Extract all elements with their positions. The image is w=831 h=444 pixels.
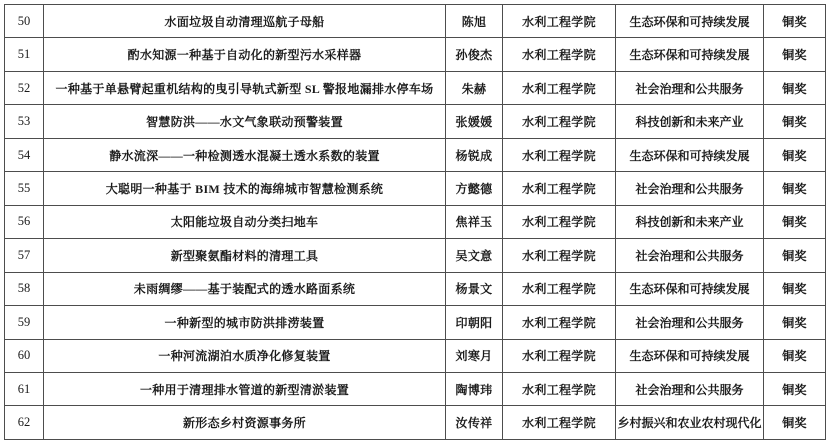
- serial-number-cell: 55: [5, 172, 44, 205]
- applicant-name-cell: 朱赫: [446, 71, 503, 104]
- college-cell: 水利工程学院: [503, 306, 616, 339]
- serial-number-cell: 60: [5, 339, 44, 372]
- award-cell: 铜奖: [764, 306, 826, 339]
- category-cell: 社会治理和公共服务: [616, 172, 764, 205]
- category-cell: 生态环保和可持续发展: [616, 339, 764, 372]
- serial-number-cell: 51: [5, 38, 44, 71]
- college-cell: 水利工程学院: [503, 272, 616, 305]
- category-cell: 社会治理和公共服务: [616, 372, 764, 405]
- serial-number-cell: 50: [5, 5, 44, 38]
- award-cell: 铜奖: [764, 105, 826, 138]
- applicant-name-cell: 吴文意: [446, 239, 503, 272]
- serial-number-cell: 62: [5, 406, 44, 440]
- project-name-cell: 智慧防洪——水文气象联动预警装置: [44, 105, 446, 138]
- table-row: 55大聪明一种基于 BIM 技术的海绵城市智慧检测系统方懿德水利工程学院社会治理…: [5, 172, 826, 205]
- project-name-cell: 大聪明一种基于 BIM 技术的海绵城市智慧检测系统: [44, 172, 446, 205]
- project-name-cell: 一种河流湖泊水质净化修复装置: [44, 339, 446, 372]
- table-row: 50水面垃圾自动清理巡航子母船陈旭水利工程学院生态环保和可持续发展铜奖: [5, 5, 826, 38]
- table-row: 60一种河流湖泊水质净化修复装置刘寒月水利工程学院生态环保和可持续发展铜奖: [5, 339, 826, 372]
- award-cell: 铜奖: [764, 339, 826, 372]
- award-cell: 铜奖: [764, 406, 826, 440]
- table-row: 51酌水知源一种基于自动化的新型污水采样器孙俊杰水利工程学院生态环保和可持续发展…: [5, 38, 826, 71]
- project-name-cell: 酌水知源一种基于自动化的新型污水采样器: [44, 38, 446, 71]
- category-cell: 社会治理和公共服务: [616, 71, 764, 104]
- project-name-cell: 新形态乡村资源事务所: [44, 406, 446, 440]
- applicant-name-cell: 陶博玮: [446, 372, 503, 405]
- applicant-name-cell: 孙俊杰: [446, 38, 503, 71]
- award-results-table: 50水面垃圾自动清理巡航子母船陈旭水利工程学院生态环保和可持续发展铜奖51酌水知…: [4, 4, 826, 440]
- project-name-cell: 一种新型的城市防洪排涝装置: [44, 306, 446, 339]
- serial-number-cell: 54: [5, 138, 44, 171]
- project-name-cell: 太阳能垃圾自动分类扫地车: [44, 205, 446, 238]
- award-cell: 铜奖: [764, 38, 826, 71]
- project-name-cell: 新型聚氨酯材料的清理工具: [44, 239, 446, 272]
- award-cell: 铜奖: [764, 172, 826, 205]
- applicant-name-cell: 方懿德: [446, 172, 503, 205]
- award-cell: 铜奖: [764, 71, 826, 104]
- table-row: 58未雨绸缪——基于装配式的透水路面系统杨景文水利工程学院生态环保和可持续发展铜…: [5, 272, 826, 305]
- college-cell: 水利工程学院: [503, 38, 616, 71]
- applicant-name-cell: 刘寒月: [446, 339, 503, 372]
- applicant-name-cell: 焦祥玉: [446, 205, 503, 238]
- table-row: 52一种基于单悬臂起重机结构的曳引导轨式新型 SL 警报地漏排水停车场朱赫水利工…: [5, 71, 826, 104]
- college-cell: 水利工程学院: [503, 339, 616, 372]
- serial-number-cell: 57: [5, 239, 44, 272]
- award-cell: 铜奖: [764, 205, 826, 238]
- project-name-cell: 一种用于清理排水管道的新型清淤装置: [44, 372, 446, 405]
- award-cell: 铜奖: [764, 272, 826, 305]
- category-cell: 生态环保和可持续发展: [616, 38, 764, 71]
- award-cell: 铜奖: [764, 372, 826, 405]
- college-cell: 水利工程学院: [503, 5, 616, 38]
- serial-number-cell: 59: [5, 306, 44, 339]
- college-cell: 水利工程学院: [503, 205, 616, 238]
- serial-number-cell: 61: [5, 372, 44, 405]
- table-body: 50水面垃圾自动清理巡航子母船陈旭水利工程学院生态环保和可持续发展铜奖51酌水知…: [5, 5, 826, 440]
- serial-number-cell: 52: [5, 71, 44, 104]
- category-cell: 科技创新和未来产业: [616, 205, 764, 238]
- college-cell: 水利工程学院: [503, 172, 616, 205]
- applicant-name-cell: 印朝阳: [446, 306, 503, 339]
- project-name-cell: 一种基于单悬臂起重机结构的曳引导轨式新型 SL 警报地漏排水停车场: [44, 71, 446, 104]
- table-row: 57新型聚氨酯材料的清理工具吴文意水利工程学院社会治理和公共服务铜奖: [5, 239, 826, 272]
- applicant-name-cell: 陈旭: [446, 5, 503, 38]
- serial-number-cell: 56: [5, 205, 44, 238]
- project-name-cell: 静水流深——一种检测透水混凝土透水系数的装置: [44, 138, 446, 171]
- table-row: 61一种用于清理排水管道的新型清淤装置陶博玮水利工程学院社会治理和公共服务铜奖: [5, 372, 826, 405]
- applicant-name-cell: 汝传祥: [446, 406, 503, 440]
- table-row: 56太阳能垃圾自动分类扫地车焦祥玉水利工程学院科技创新和未来产业铜奖: [5, 205, 826, 238]
- table-row: 59一种新型的城市防洪排涝装置印朝阳水利工程学院社会治理和公共服务铜奖: [5, 306, 826, 339]
- category-cell: 生态环保和可持续发展: [616, 138, 764, 171]
- serial-number-cell: 58: [5, 272, 44, 305]
- table-row: 62新形态乡村资源事务所汝传祥水利工程学院乡村振兴和农业农村现代化铜奖: [5, 406, 826, 440]
- table-row: 53智慧防洪——水文气象联动预警装置张媛媛水利工程学院科技创新和未来产业铜奖: [5, 105, 826, 138]
- award-cell: 铜奖: [764, 239, 826, 272]
- category-cell: 科技创新和未来产业: [616, 105, 764, 138]
- award-cell: 铜奖: [764, 5, 826, 38]
- college-cell: 水利工程学院: [503, 105, 616, 138]
- award-cell: 铜奖: [764, 138, 826, 171]
- college-cell: 水利工程学院: [503, 372, 616, 405]
- table-row: 54静水流深——一种检测透水混凝土透水系数的装置杨锐成水利工程学院生态环保和可持…: [5, 138, 826, 171]
- college-cell: 水利工程学院: [503, 406, 616, 440]
- applicant-name-cell: 杨锐成: [446, 138, 503, 171]
- category-cell: 社会治理和公共服务: [616, 239, 764, 272]
- college-cell: 水利工程学院: [503, 239, 616, 272]
- project-name-cell: 未雨绸缪——基于装配式的透水路面系统: [44, 272, 446, 305]
- applicant-name-cell: 杨景文: [446, 272, 503, 305]
- serial-number-cell: 53: [5, 105, 44, 138]
- document-page: 50水面垃圾自动清理巡航子母船陈旭水利工程学院生态环保和可持续发展铜奖51酌水知…: [0, 0, 831, 444]
- college-cell: 水利工程学院: [503, 138, 616, 171]
- college-cell: 水利工程学院: [503, 71, 616, 104]
- category-cell: 社会治理和公共服务: [616, 306, 764, 339]
- category-cell: 乡村振兴和农业农村现代化: [616, 406, 764, 440]
- project-name-cell: 水面垃圾自动清理巡航子母船: [44, 5, 446, 38]
- category-cell: 生态环保和可持续发展: [616, 272, 764, 305]
- applicant-name-cell: 张媛媛: [446, 105, 503, 138]
- category-cell: 生态环保和可持续发展: [616, 5, 764, 38]
